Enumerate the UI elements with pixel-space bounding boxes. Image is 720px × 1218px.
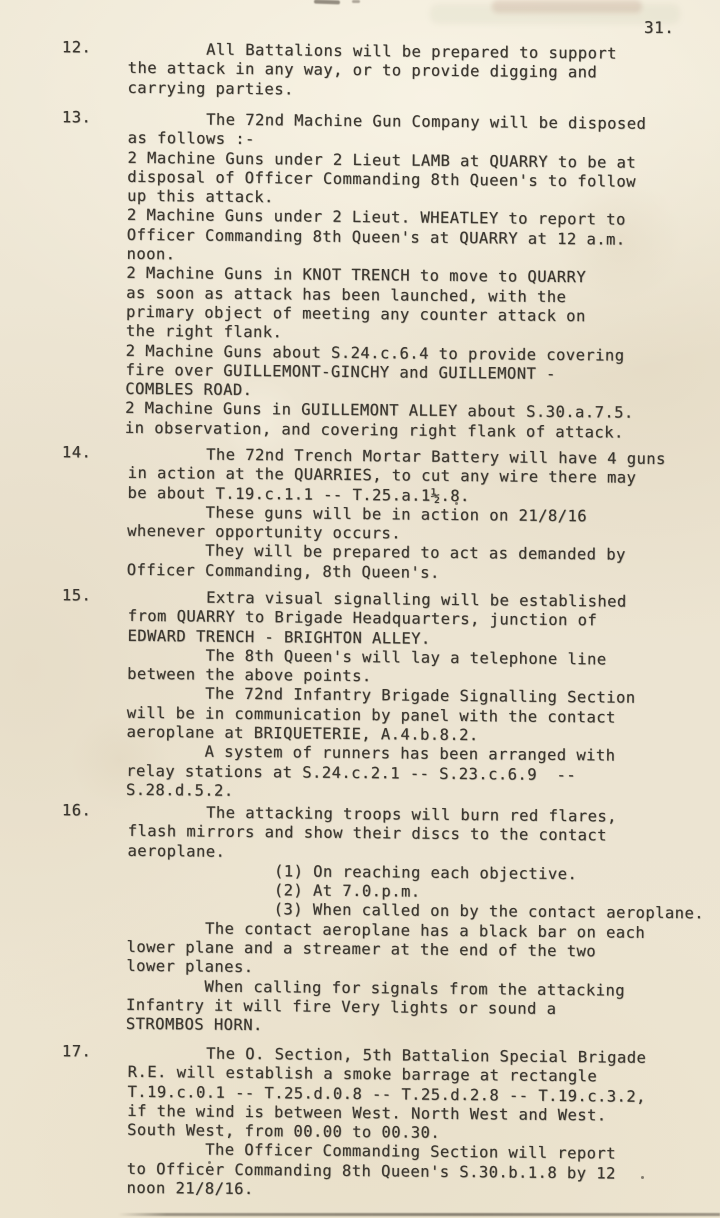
paragraph-number: 14. [62,443,92,461]
paragraph-number: 13. [62,108,92,126]
scan-speck [352,0,360,3]
scan-edge-line [118,1213,720,1216]
paragraph-text: All Battalions will be prepared to suppo… [127,40,617,103]
page-number: 31. [644,18,675,37]
paragraph-number: 17. [62,1042,92,1060]
paragraph-text: The 72nd Machine Gun Company will be dis… [125,110,647,443]
paper-speck [208,1161,211,1164]
order-paragraph: 15. Extra visual signalling will be esta… [0,586,720,593]
paragraph-number: 12. [62,38,92,56]
paragraph-text: Extra visual signalling will be establis… [126,588,637,805]
paragraph-text: The attacking troops will burn red flare… [126,803,705,1040]
order-paragraph: 13. The 72nd Machine Gun Company will be… [0,108,720,115]
paragraph-number: 16. [62,801,92,819]
paper-speck [641,1176,644,1179]
scan-speck [314,0,340,4]
paragraph-text: The O. Section, 5th Battalion Special Br… [127,1044,647,1203]
paragraph-text: The 72nd Trench Mortar Battery will have… [127,445,666,585]
order-paragraph: 17. The O. Section, 5th Battalion Specia… [0,1042,720,1049]
paper-speck [455,502,458,505]
order-paragraph: 12. All Battalions will be prepared to s… [0,38,720,45]
ink-bleedthrough [430,4,680,24]
order-paragraph: 14. The 72nd Trench Mortar Battery will … [0,443,720,450]
paragraph-number: 15. [62,586,92,604]
